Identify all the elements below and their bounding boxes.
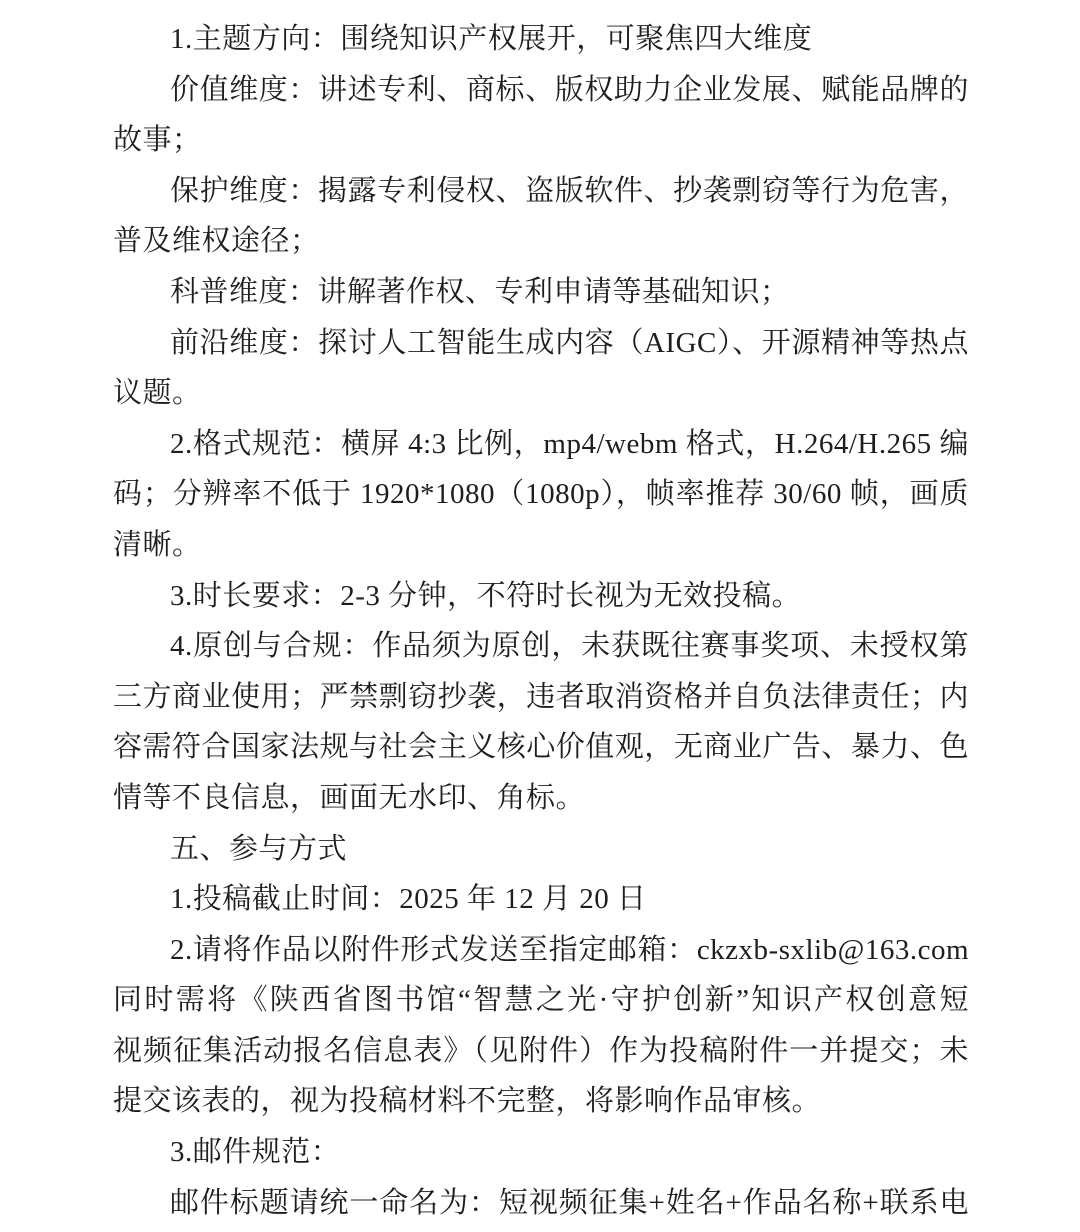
text-line: 普及维权途径； bbox=[113, 216, 969, 267]
text-line: 1.投稿截止时间：2025 年 12 月 20 日 bbox=[113, 874, 969, 925]
text-line: 情等不良信息，画面无水印、角标。 bbox=[113, 773, 969, 824]
text-line: 2.格式规范：横屏 4:3 比例，mp4/webm 格式，H.264/H.265… bbox=[113, 419, 969, 470]
text-line: 容需符合国家法规与社会主义核心价值观，无商业广告、暴力、色 bbox=[113, 722, 969, 773]
text-line: 清晰。 bbox=[113, 520, 969, 571]
text-line: 价值维度：讲述专利、商标、版权助力企业发展、赋能品牌的 bbox=[113, 65, 969, 116]
text-line: 故事； bbox=[113, 115, 969, 166]
text-line: 3.邮件规范： bbox=[113, 1127, 969, 1178]
text-line: 码；分辨率不低于 1920*1080（1080p），帧率推荐 30/60 帧，画… bbox=[113, 469, 969, 520]
text-line: 4.原创与合规：作品须为原创，未获既往赛事奖项、未授权第 bbox=[113, 621, 969, 672]
text-line: 视频征集活动报名信息表》（见附件）作为投稿附件一并提交；未 bbox=[113, 1026, 969, 1077]
text-line: 提交该表的，视为投稿材料不完整，将影响作品审核。 bbox=[113, 1076, 969, 1127]
text-line: 3.时长要求：2-3 分钟，不符时长视为无效投稿。 bbox=[113, 571, 969, 622]
text-line: 前沿维度：探讨人工智能生成内容（AIGC）、开源精神等热点 bbox=[113, 318, 969, 369]
document-body: 1.主题方向：围绕知识产权展开，可聚焦四大维度价值维度：讲述专利、商标、版权助力… bbox=[113, 14, 969, 1228]
text-line: 科普维度：讲解著作权、专利申请等基础知识； bbox=[113, 267, 969, 318]
document-page: 1.主题方向：围绕知识产权展开，可聚焦四大维度价值维度：讲述专利、商标、版权助力… bbox=[0, 0, 1080, 1232]
text-line: 同时需将《陕西省图书馆“智慧之光·守护创新”知识产权创意短 bbox=[113, 975, 969, 1026]
text-line: 2.请将作品以附件形式发送至指定邮箱：ckzxb-sxlib@163.com bbox=[113, 925, 969, 976]
text-line: 议题。 bbox=[113, 368, 969, 419]
text-line: 1.主题方向：围绕知识产权展开，可聚焦四大维度 bbox=[113, 14, 969, 65]
text-line: 邮件标题请统一命名为：短视频征集+姓名+作品名称+联系电话。 bbox=[113, 1178, 969, 1229]
text-line: 三方商业使用；严禁剽窃抄袭，违者取消资格并自负法律责任；内 bbox=[113, 672, 969, 723]
text-line: 五、参与方式 bbox=[113, 824, 969, 875]
text-line: 保护维度：揭露专利侵权、盗版软件、抄袭剽窃等行为危害， bbox=[113, 166, 969, 217]
